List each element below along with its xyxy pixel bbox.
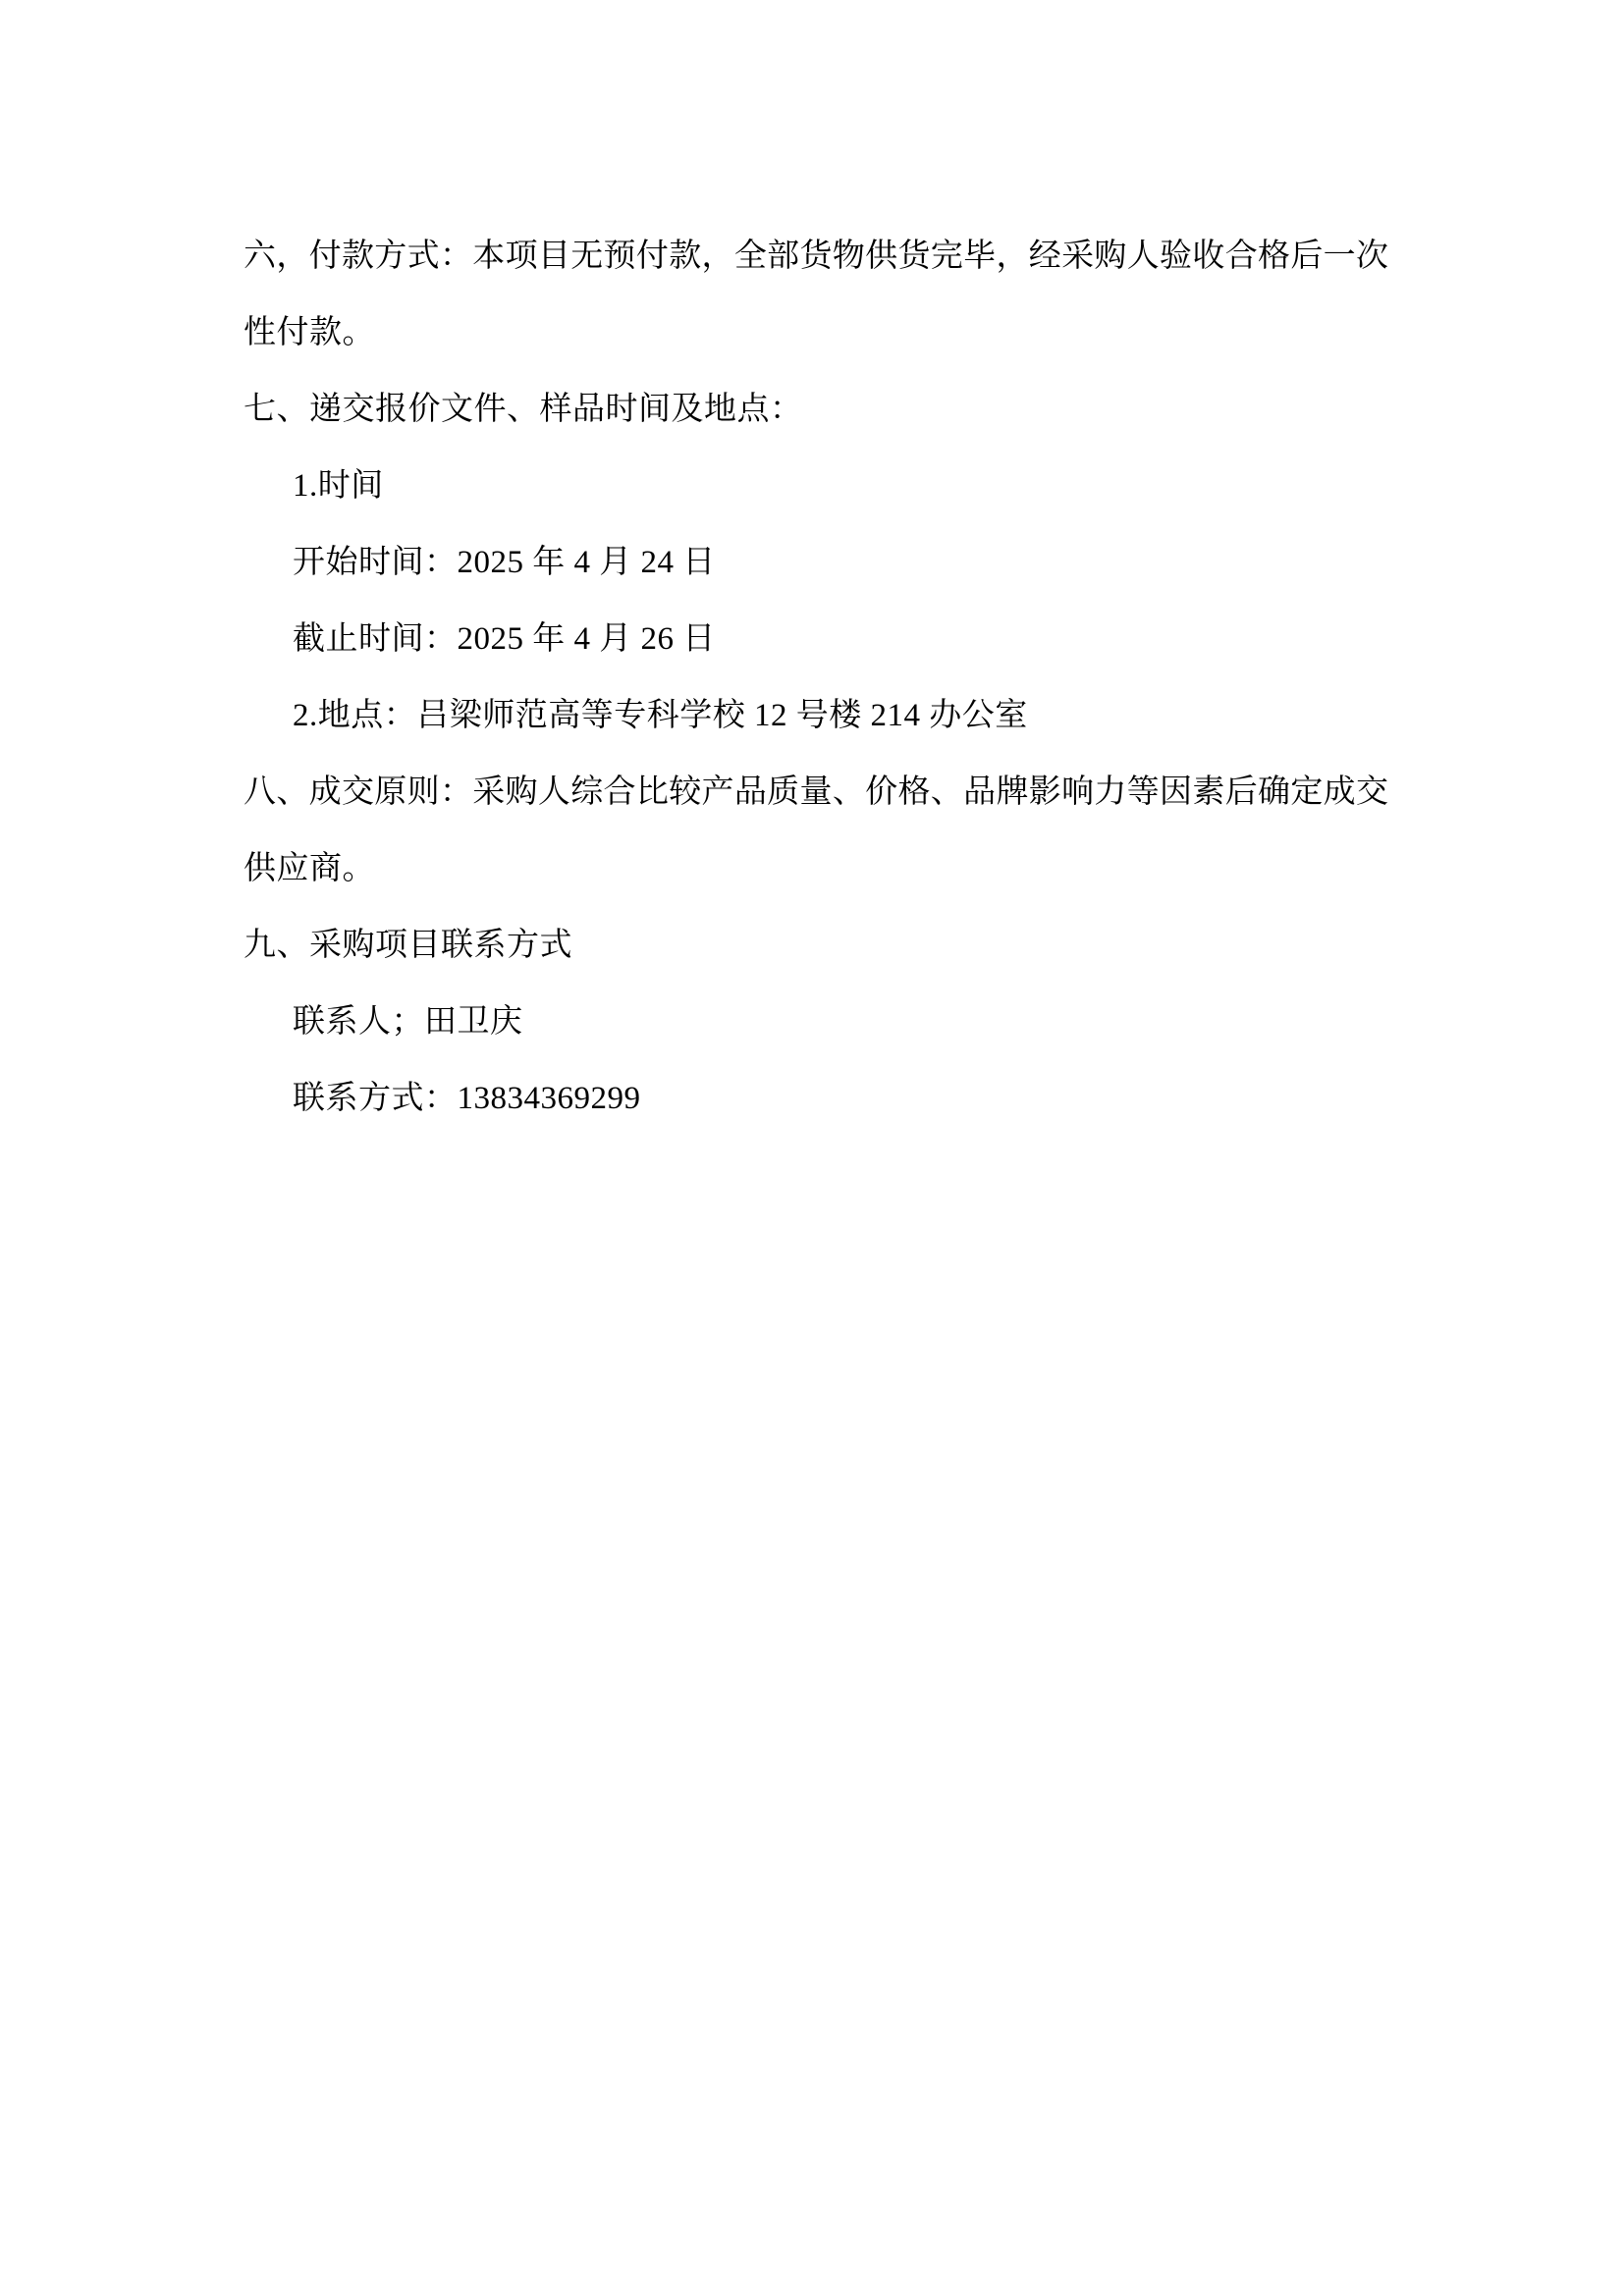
contact-heading: 九、采购项目联系方式 — [244, 907, 1388, 984]
location: 2.地点：吕梁师范高等专科学校 12 号楼 214 办公室 — [244, 677, 1388, 754]
start-time: 开始时间：2025 年 4 月 24 日 — [244, 524, 1388, 601]
end-time: 截止时间：2025 年 4 月 26 日 — [244, 601, 1388, 677]
award-principle-line-2: 供应商。 — [244, 830, 1388, 907]
payment-clause-line-1: 六，付款方式：本项目无预付款，全部货物供货完毕，经采购人验收合格后一次 — [244, 218, 1388, 294]
submission-heading: 七、递交报价文件、样品时间及地点： — [244, 371, 1388, 448]
time-label: 1.时间 — [244, 448, 1388, 524]
document-page: 六，付款方式：本项目无预付款，全部货物供货完毕，经采购人验收合格后一次 性付款。… — [0, 0, 1624, 2296]
contact-person: 联系人；田卫庆 — [244, 984, 1388, 1060]
contact-phone: 联系方式：13834369299 — [244, 1060, 1388, 1137]
award-principle-line-1: 八、成交原则：采购人综合比较产品质量、价格、品牌影响力等因素后确定成交 — [244, 754, 1388, 830]
payment-clause-line-2: 性付款。 — [244, 294, 1388, 371]
